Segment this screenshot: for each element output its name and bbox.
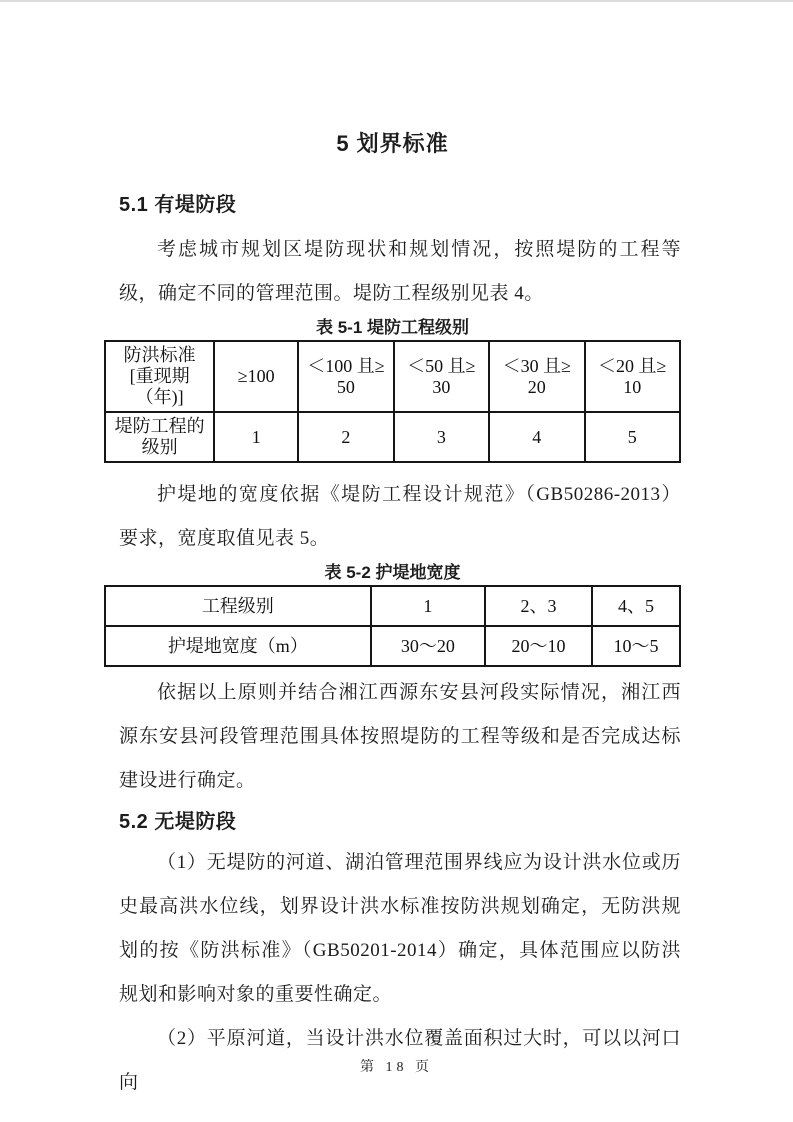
table-cell: 4 (489, 412, 584, 462)
table-cell: 5 (585, 412, 681, 462)
paragraph-2: 护堤地的宽度依据《堤防工程设计规范》（GB50286-2013）要求，宽度取值见… (119, 473, 681, 561)
table-5-1-caption: 表 5-1 堤防工程级别 (104, 316, 681, 340)
paragraph-1: 考虑城市规划区堤防现状和规划情况，按照堤防的工程等级，确定不同的管理范围。堤防工… (119, 228, 681, 316)
section-heading-5-1: 5.1 有堤防段 (119, 190, 681, 220)
table-cell: 1 (371, 586, 485, 626)
paragraph-3: 依据以上原则并结合湘江西源东安县河段实际情况，湘江西源东安县河段管理范围具体按照… (119, 671, 681, 803)
table-cell: 护堤地宽度（m） (105, 626, 371, 666)
table-5-1: 防洪标准 [重现期 （年)] ≥100 ＜100 且≥ 50 ＜50 且≥ 30… (104, 340, 681, 463)
table-row: 护堤地宽度（m） 30～20 20～10 10～5 (105, 626, 680, 666)
table-5-2: 工程级别 1 2、3 4、5 护堤地宽度（m） 30～20 20～10 10～5 (104, 585, 681, 667)
table-cell: 1 (214, 412, 298, 462)
doc-title: 5 划界标准 (104, 128, 681, 160)
footer-page-number: 第 18 页 (0, 1056, 793, 1076)
table-cell: 3 (394, 412, 489, 462)
table-cell: 堤防工程的 级别 (105, 412, 214, 462)
table-cell: ＜20 且≥ 10 (585, 341, 681, 412)
table-row: 工程级别 1 2、3 4、5 (105, 586, 680, 626)
table-row: 堤防工程的 级别 1 2 3 4 5 (105, 412, 680, 462)
table-cell: 工程级别 (105, 586, 371, 626)
table-cell: ＜30 且≥ 20 (489, 341, 584, 412)
table-cell: 2、3 (485, 586, 592, 626)
table-cell: 10～5 (592, 626, 680, 666)
table-cell: ＜50 且≥ 30 (394, 341, 489, 412)
table-cell: 防洪标准 [重现期 （年)] (105, 341, 214, 412)
table-cell: 30～20 (371, 626, 485, 666)
table-cell: ≥100 (214, 341, 298, 412)
table-cell: ＜100 且≥ 50 (298, 341, 393, 412)
paragraph-4: （1）无堤防的河道、湖泊管理范围界线应为设计洪水位或历史最高洪水位线，划界设计洪… (119, 841, 681, 1017)
document-page: 5 划界标准 5.1 有堤防段 考虑城市规划区堤防现状和规划情况，按照堤防的工程… (0, 0, 793, 1122)
table-cell: 2 (298, 412, 393, 462)
table-5-2-caption: 表 5-2 护堤地宽度 (104, 561, 681, 585)
table-row: 防洪标准 [重现期 （年)] ≥100 ＜100 且≥ 50 ＜50 且≥ 30… (105, 341, 680, 412)
table-cell: 4、5 (592, 586, 680, 626)
table-cell: 20～10 (485, 626, 592, 666)
section-heading-5-2: 5.2 无堤防段 (119, 807, 681, 837)
